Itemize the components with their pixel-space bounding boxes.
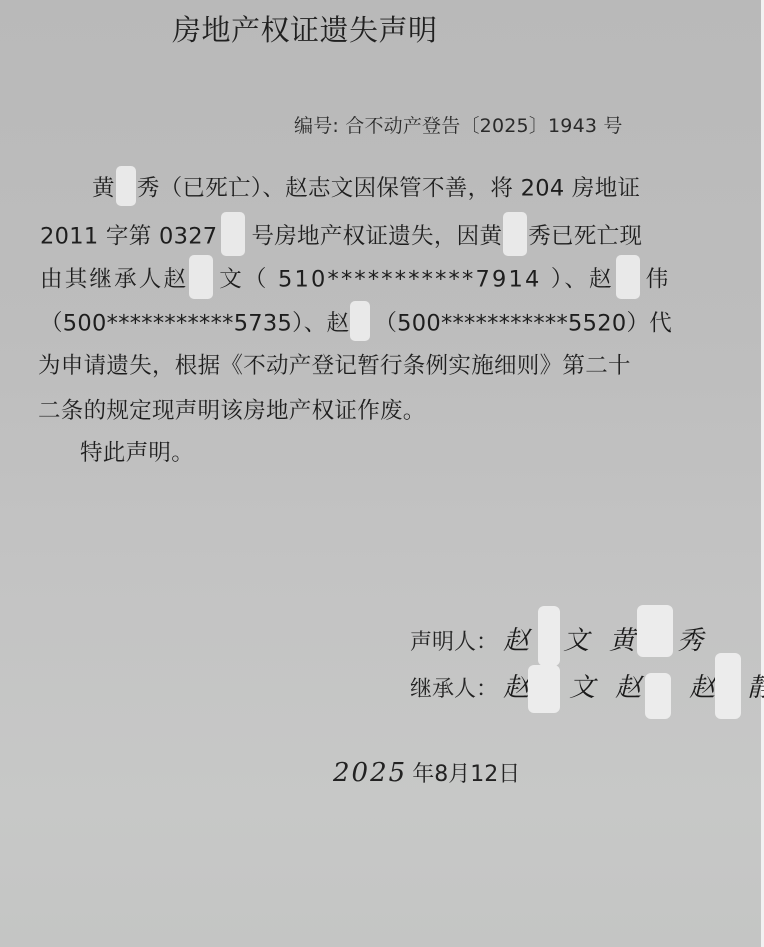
- document-number-year: 2025: [480, 115, 529, 137]
- close-bracket: 〕: [529, 115, 548, 137]
- body-line-2: 2011 字第 0327号房地产权证遗失，因黄秀已死亡现: [40, 218, 642, 250]
- body-text: 由其继承人赵: [40, 267, 188, 293]
- heir-label: 继承人：: [410, 677, 498, 702]
- body-text: 黄: [92, 176, 115, 202]
- document-number-seq: 1943 号: [548, 115, 623, 137]
- declarant-label: 声明人：: [410, 630, 498, 655]
- body-line-5: 为申请遗失，根据《不动产登记暂行条例实施细则》第二十: [38, 350, 631, 382]
- signing-date: 2025 年8月12日: [333, 757, 520, 788]
- signature-redaction: [645, 673, 671, 719]
- date-month-day: 8月12日: [434, 762, 520, 787]
- date-year: 2025: [333, 758, 407, 788]
- body-line-3: 由其继承人赵文（ 510***********7914 ）、赵伟: [40, 261, 670, 293]
- redaction-box: [350, 301, 370, 341]
- body-text: 文（ 510***********7914 ）、赵: [219, 267, 614, 293]
- signature-redaction: [528, 665, 560, 713]
- redaction-box: [221, 212, 245, 256]
- closing-statement: 特此声明。: [80, 437, 194, 469]
- redaction-box: [616, 255, 640, 299]
- body-text: 伟: [646, 267, 671, 293]
- signature-redaction: [637, 605, 673, 657]
- body-text: （500***********5735）、赵: [40, 311, 349, 337]
- redaction-box: [116, 166, 136, 206]
- date-year-unit: 年: [412, 762, 434, 787]
- document-number: 编号: 合不动产登告〔2025〕1943 号: [294, 111, 623, 138]
- body-text: 号房地产权证遗失，因黄: [251, 224, 502, 250]
- body-line-6: 二条的规定现声明该房地产权证作废。: [38, 395, 426, 427]
- signature-redaction: [538, 606, 560, 666]
- declarant-signature: 赵文黄秀: [503, 626, 705, 656]
- open-bracket: 〔: [460, 115, 479, 137]
- body-line-1: 黄秀（已死亡）、赵志文因保管不善，将 204 房地证: [92, 172, 640, 204]
- body-text: 秀已死亡现: [528, 224, 642, 250]
- redaction-box: [189, 255, 213, 299]
- heir-row: 继承人： 赵文赵赵静: [410, 667, 764, 704]
- document-number-label: 编号: 合不动产登告: [294, 115, 460, 137]
- body-text: 2011 字第 0327: [40, 224, 217, 250]
- body-text: 秀（已死亡）、赵志文因保管不善，将 204 房地证: [137, 176, 641, 202]
- document-title: 房地产权证遗失声明: [172, 8, 438, 49]
- body-line-4: （500***********5735）、赵（500***********552…: [40, 307, 672, 339]
- body-text: （500***********5520）代: [374, 311, 672, 337]
- redaction-box: [503, 212, 527, 256]
- signature-redaction: [715, 653, 741, 719]
